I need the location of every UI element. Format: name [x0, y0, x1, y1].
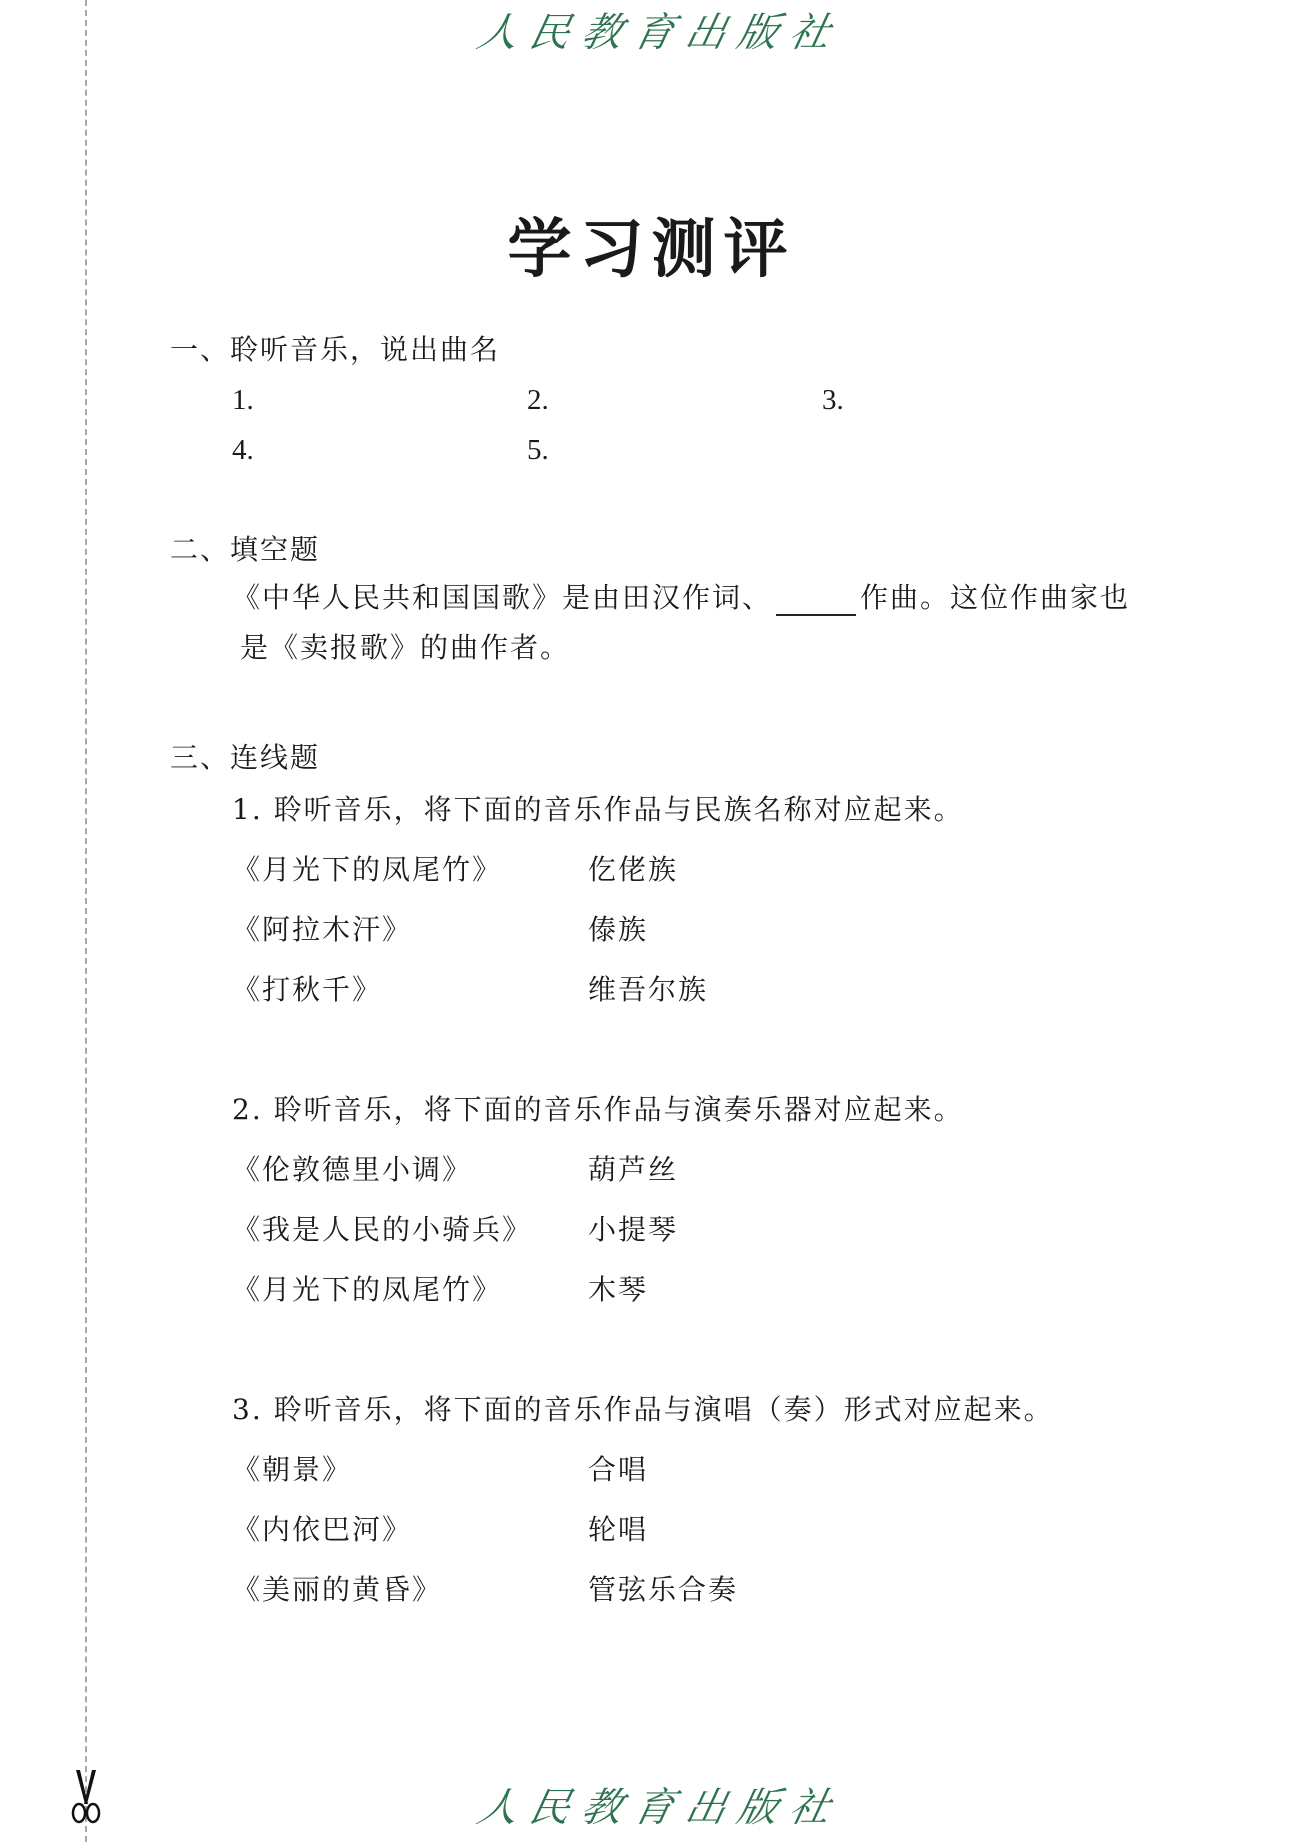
q3-right-item-3[interactable]: 管弦乐合奏	[588, 1572, 738, 1608]
q3-right-item-2[interactable]: 轮唱	[588, 1512, 648, 1548]
q1-right-item-3[interactable]: 维吾尔族	[588, 972, 708, 1008]
q1-right-item-2[interactable]: 傣族	[588, 912, 648, 948]
q3-left-item-2[interactable]: 《内依巴河》	[232, 1512, 412, 1548]
composer-blank[interactable]	[776, 590, 856, 616]
section-1-heading: 一、聆听音乐，说出曲名	[170, 332, 500, 368]
q2-left-item-2[interactable]: 《我是人民的小骑兵》	[232, 1212, 532, 1248]
answer-item-4: 4.	[232, 432, 254, 468]
publisher-logo-bottom: 人民教育出版社	[473, 1783, 840, 1833]
scissors-icon	[68, 1768, 104, 1824]
q2-right-item-2[interactable]: 小提琴	[588, 1212, 678, 1248]
q2-left-item-1[interactable]: 《伦敦德里小调》	[232, 1152, 472, 1188]
matching-q2-prompt: 2. 聆听音乐，将下面的音乐作品与演奏乐器对应起来。	[232, 1092, 964, 1128]
q3-left-item-3[interactable]: 《美丽的黄昏》	[232, 1572, 442, 1608]
q2-right-item-1[interactable]: 葫芦丝	[588, 1152, 678, 1188]
q2-right-item-3[interactable]: 木琴	[588, 1272, 648, 1308]
fill-blank-line-2: 是《卖报歌》的曲作者。	[240, 630, 570, 666]
answer-item-5: 5.	[527, 432, 549, 468]
matching-q3-prompt: 3. 聆听音乐，将下面的音乐作品与演唱（奏）形式对应起来。	[232, 1392, 1054, 1428]
q3-left-item-1[interactable]: 《朝景》	[232, 1452, 352, 1488]
publisher-logo-top: 人民教育出版社	[473, 8, 840, 58]
q1-left-item-3[interactable]: 《打秋千》	[232, 972, 382, 1008]
section-3-heading: 三、连线题	[170, 740, 320, 776]
fill-blank-line-1: 《中华人民共和国国歌》是由田汉作词、作曲。这位作曲家也	[232, 580, 1130, 616]
fill-blank-text-before: 《中华人民共和国国歌》是由田汉作词、	[232, 581, 772, 614]
answer-item-3: 3.	[822, 382, 844, 418]
matching-q1-prompt: 1. 聆听音乐，将下面的音乐作品与民族名称对应起来。	[232, 792, 964, 828]
answer-item-2: 2.	[527, 382, 549, 418]
section-2-heading: 二、填空题	[170, 532, 320, 568]
q3-right-item-1[interactable]: 合唱	[588, 1452, 648, 1488]
answer-item-1: 1.	[232, 382, 254, 418]
q1-left-item-1[interactable]: 《月光下的凤尾竹》	[232, 852, 502, 888]
q1-right-item-1[interactable]: 仡佬族	[588, 852, 678, 888]
fill-blank-text-after: 作曲。这位作曲家也	[860, 581, 1130, 614]
q1-left-item-2[interactable]: 《阿拉木汗》	[232, 912, 412, 948]
q2-left-item-3[interactable]: 《月光下的凤尾竹》	[232, 1272, 502, 1308]
page-title: 学习测评	[0, 212, 1303, 288]
